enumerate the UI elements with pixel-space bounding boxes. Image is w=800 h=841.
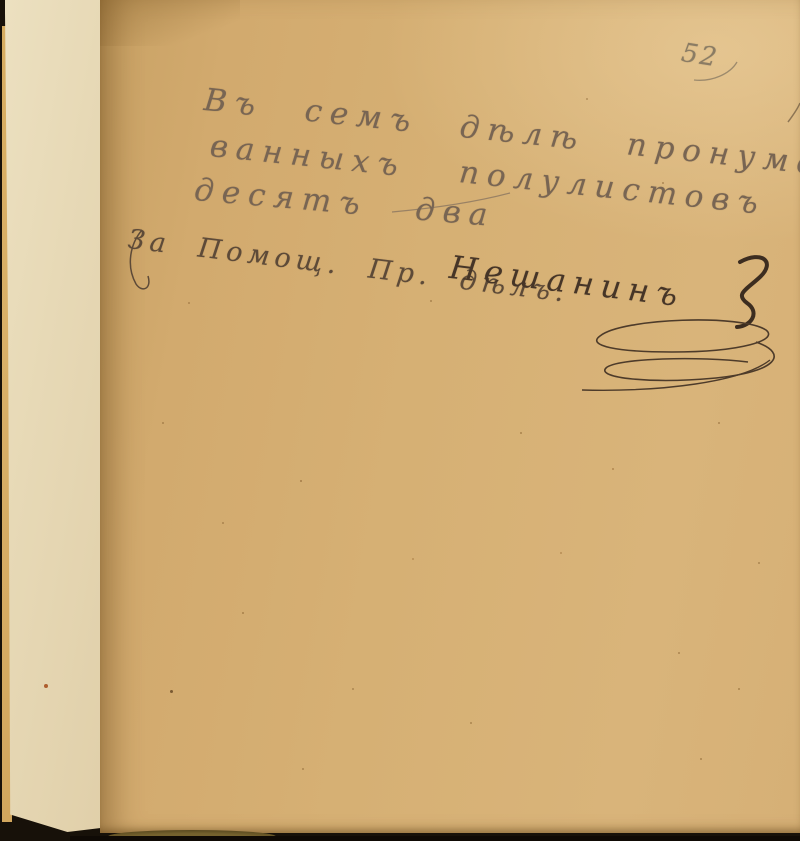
red-ink-speck	[44, 684, 48, 688]
page-bottom-shadow	[70, 836, 800, 841]
folio-number-pencil: 52	[679, 38, 720, 73]
scanned-document: 52 Въ семъ дѣлѣ пронумеро- ванныхъ полул…	[0, 0, 800, 841]
brown-ink-speck	[170, 690, 173, 693]
underlying-page-edge	[5, 0, 109, 832]
paper-specks	[0, 0, 2, 2]
corner-shadow	[100, 0, 240, 46]
